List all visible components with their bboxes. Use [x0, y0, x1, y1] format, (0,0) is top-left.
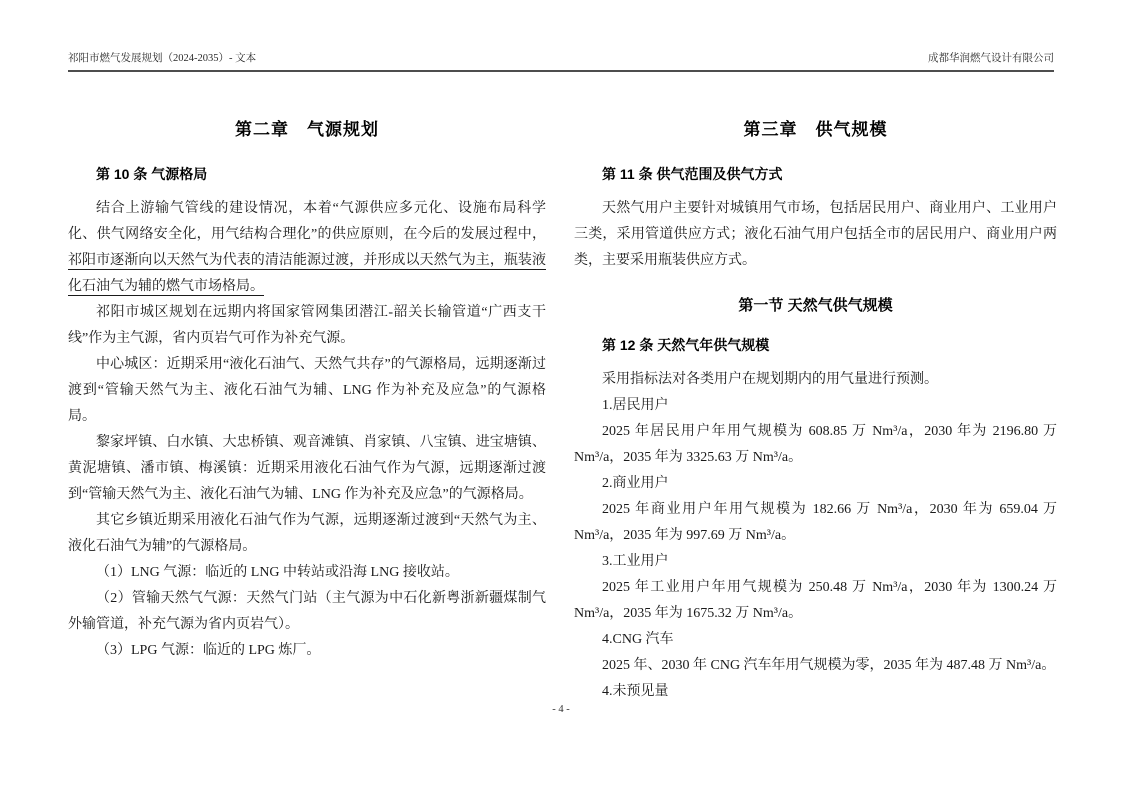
item-commercial-users-label: 2.商业用户 [574, 471, 1057, 497]
chapter-2-title: 第二章 气源规划 [68, 115, 546, 140]
section-1-title: 第一节 天然气供气规模 [574, 294, 1057, 315]
item-industrial-users-label: 3.工业用户 [574, 549, 1057, 575]
document-page: 祁阳市燃气发展规划（2024-2035）- 文本 成都华润燃气设计有限公司 第二… [0, 0, 1122, 793]
chapter-3-title: 第三章 供气规模 [574, 115, 1057, 140]
list-item-lpg-source: （3）LPG 气源：临近的 LPG 炼厂。 [68, 638, 546, 664]
underlined-conclusion-text: 祁阳市逐渐向以天然气为代表的清洁能源过渡，并形成以天然气为主，瓶装液化石油气为辅… [68, 253, 546, 294]
paragraph-industrial-volumes: 2025 年工业用户年用气规模为 250.48 万 Nm³/a，2030 年为 … [574, 575, 1057, 627]
paragraph-residential-volumes: 2025 年居民用户年用气规模为 608.85 万 Nm³/a，2030 年为 … [574, 419, 1057, 471]
paragraph-commercial-volumes: 2025 年商业用户年用气规模为 182.66 万 Nm³/a，2030 年为 … [574, 497, 1057, 549]
list-item-lng-source: （1）LNG 气源：临近的 LNG 中转站或沿海 LNG 接收站。 [68, 560, 546, 586]
paragraph-cng-volumes: 2025 年、2030 年 CNG 汽车年用气规模为零，2035 年为 487.… [574, 653, 1057, 679]
left-page-column: 第二章 气源规划 第 10 条 气源格局 结合上游输气管线的建设情况，本着“气源… [68, 103, 546, 664]
article-11-heading: 第 11 条 供气范围及供气方式 [574, 164, 1057, 184]
paragraph-supply-scope: 天然气用户主要针对城镇用气市场，包括居民用户、商业用户、工业用户三类，采用管道供… [574, 196, 1057, 274]
page-header: 祁阳市燃气发展规划（2024-2035）- 文本 成都华润燃气设计有限公司 [68, 50, 1054, 72]
article-12-heading: 第 12 条 天然气年供气规模 [574, 335, 1057, 355]
paragraph-towns-list: 黎家坪镇、白水镇、大忠桥镇、观音滩镇、肖家镇、八宝镇、进宝塘镇、黄泥塘镇、潘市镇… [68, 430, 546, 508]
header-company-name: 成都华润燃气设计有限公司 [928, 50, 1054, 65]
paragraph-central-district: 中心城区：近期采用“液化石油气、天然气共存”的气源格局，远期逐渐过渡到“管输天然… [68, 352, 546, 430]
paragraph-gas-source-principle: 结合上游输气管线的建设情况，本着“气源供应多元化、设施布局科学化、供气网络安全化… [68, 196, 546, 300]
item-cng-vehicles-label: 4.CNG 汽车 [574, 627, 1057, 653]
paragraph-other-towns: 其它乡镇近期采用液化石油气作为气源，远期逐渐过渡到“天然气为主、液化石油气为辅”… [68, 508, 546, 560]
paragraph-forecast-method: 采用指标法对各类用户在规划期内的用气量进行预测。 [574, 367, 1057, 393]
item-residential-users-label: 1.居民用户 [574, 393, 1057, 419]
page-number: - 4 - [0, 704, 1122, 715]
article-10-heading: 第 10 条 气源格局 [68, 164, 546, 184]
header-doc-title: 祁阳市燃气发展规划（2024-2035）- 文本 [68, 50, 256, 65]
right-page-column: 第三章 供气规模 第 11 条 供气范围及供气方式 天然气用户主要针对城镇用气市… [574, 103, 1057, 705]
item-unforeseen-volume-label: 4.未预见量 [574, 679, 1057, 705]
paragraph-main-gas-source: 祁阳市城区规划在远期内将国家管网集团潜江-韶关长输管道“广西支干线”作为主气源，… [68, 300, 546, 352]
list-item-pipeline-source: （2）管输天然气气源：天然气门站（主气源为中石化新粤浙新疆煤制气外输管道，补充气… [68, 586, 546, 638]
paragraph-lead-text: 结合上游输气管线的建设情况，本着“气源供应多元化、设施布局科学化、供气网络安全化… [68, 201, 546, 242]
